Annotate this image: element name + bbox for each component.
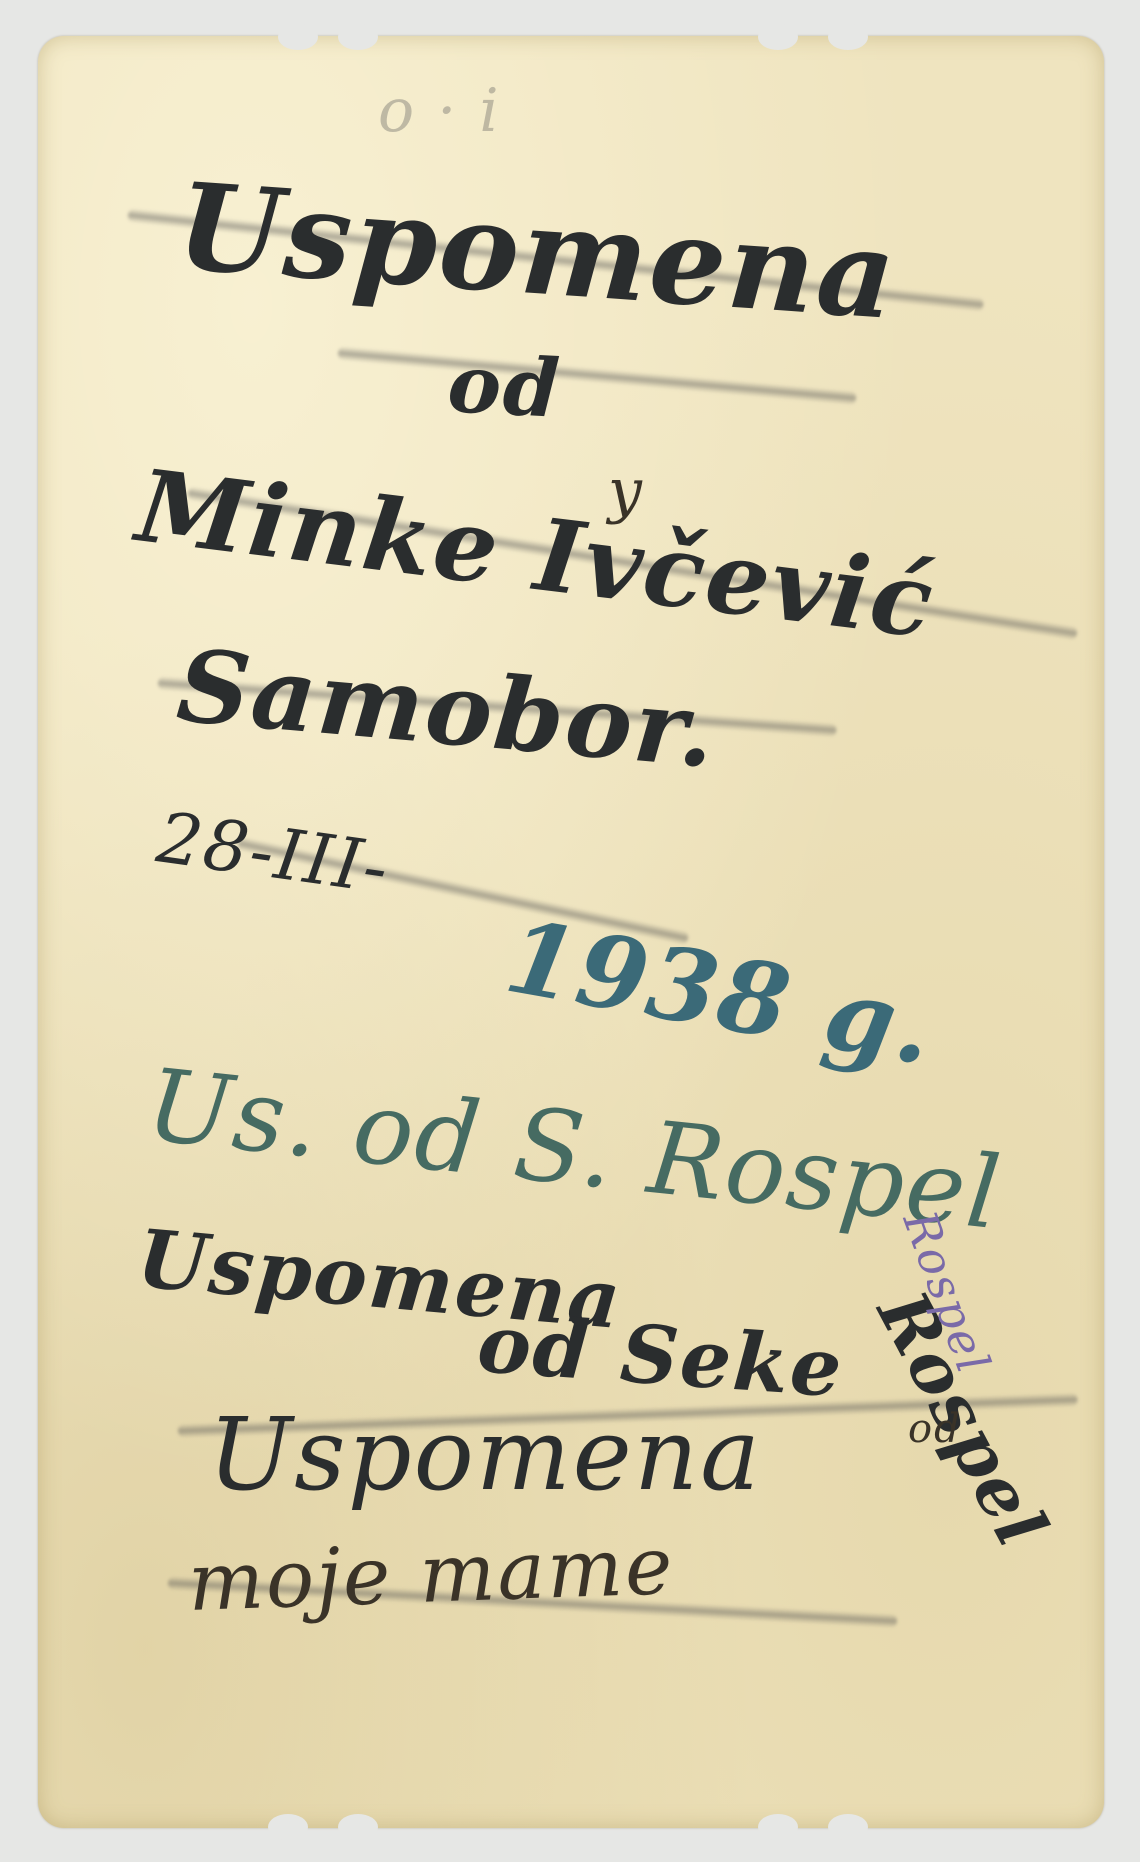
line-samobor: Samobor. [173, 626, 722, 791]
line-uspomena-3: Uspomena [208, 1396, 762, 1513]
edge-notch [758, 1814, 798, 1840]
line-year: 1938 g. [498, 897, 944, 1088]
edge-notch [338, 24, 378, 50]
line-od-3: od [908, 1406, 962, 1452]
edge-notch [278, 24, 318, 50]
line-uspomena-1: Uspomena [173, 156, 902, 347]
line-minke-ivcevic: Minke Ivčević [131, 446, 941, 661]
mark-y: y [608, 456, 644, 526]
edge-notch [828, 1814, 868, 1840]
line-od-1: od [446, 336, 564, 436]
card-back: o · i Uspomena od Minke Ivčević y Samobo… [38, 36, 1104, 1828]
edge-notch [758, 24, 798, 50]
edge-notch [828, 24, 868, 50]
ghost-marks: o · i [378, 76, 501, 146]
pencil-strike [337, 346, 856, 405]
line-moje-mame: moje mame [186, 1519, 675, 1629]
edge-notch [268, 1814, 308, 1840]
line-date-day-month: 28-III- [152, 796, 394, 910]
edge-notch [338, 1814, 378, 1840]
